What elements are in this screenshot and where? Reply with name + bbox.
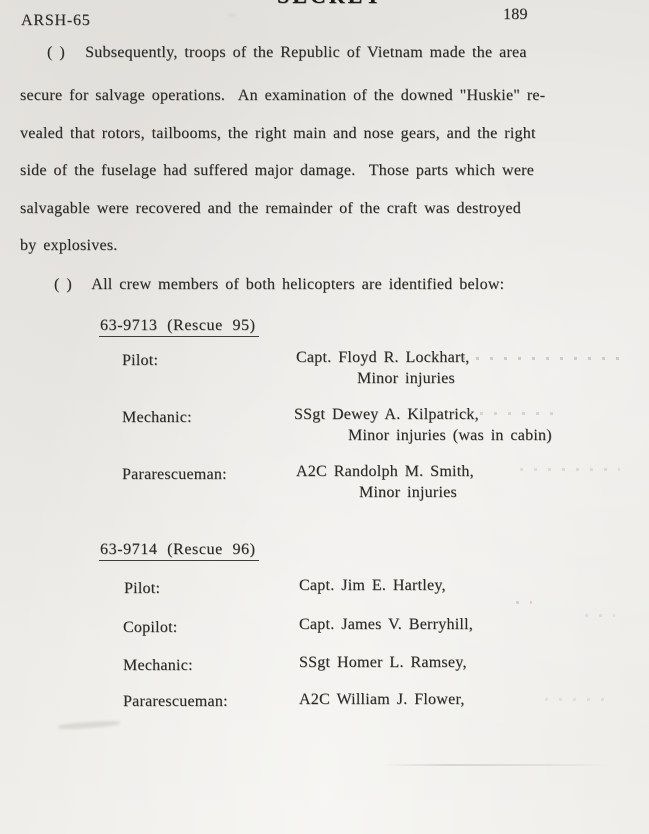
crew-name: Capt. Jim E. Hartley, bbox=[299, 577, 446, 594]
crew-note: Minor injuries (was in cabin) bbox=[348, 427, 552, 444]
body-line: ( ) All crew members of both helicopters… bbox=[54, 276, 504, 293]
pencil-smudge bbox=[58, 720, 120, 730]
erasure-mark bbox=[462, 357, 627, 360]
body-line: side of the fuselage had suffered major … bbox=[20, 162, 534, 179]
erasure-mark bbox=[520, 468, 620, 471]
erasure-mark bbox=[545, 698, 605, 701]
crew-note: Minor injuries bbox=[359, 484, 457, 501]
crew-name: A2C William J. Flower, bbox=[299, 691, 465, 708]
aircraft-heading: 63-9714 (Rescue 96) bbox=[99, 541, 259, 561]
crew-note: Minor injuries bbox=[357, 370, 455, 387]
crew-role: Copilot: bbox=[123, 619, 177, 636]
body-line: ( ) Subsequently, troops of the Republic… bbox=[47, 44, 527, 61]
aircraft-heading: 63-9713 (Rescue 95) bbox=[99, 317, 259, 337]
scan-speck bbox=[228, 14, 236, 17]
crew-role: Pilot: bbox=[122, 352, 158, 369]
crew-role: Pilot: bbox=[124, 580, 160, 597]
crew-name: Capt. Floyd R. Lockhart, bbox=[296, 349, 469, 366]
scanned-document-page: SECRET ARSH-65 189 ( ) Subsequently, tro… bbox=[0, 0, 649, 834]
body-line: vealed that rotors, tailbooms, the right… bbox=[20, 125, 536, 142]
erasure-mark bbox=[516, 601, 532, 604]
crew-name: SSgt Dewey A. Kilpatrick, bbox=[294, 406, 479, 423]
crew-role: Mechanic: bbox=[123, 657, 193, 674]
crew-name: SSgt Homer L. Ramsey, bbox=[299, 654, 467, 671]
page-number: 189 bbox=[503, 6, 528, 23]
body-line: salvagable were recovered and the remain… bbox=[20, 200, 521, 217]
crew-name: Capt. James V. Berryhill, bbox=[299, 616, 473, 633]
crew-role: Pararescueman: bbox=[123, 693, 228, 710]
classification-stamp-cutoff: SECRET bbox=[277, 0, 383, 9]
crew-role: Mechanic: bbox=[122, 409, 192, 426]
body-line: by explosives. bbox=[20, 237, 118, 254]
scan-streak bbox=[380, 764, 615, 766]
body-line: secure for salvage operations. An examin… bbox=[20, 87, 545, 104]
crew-name: A2C Randolph M. Smith, bbox=[296, 463, 474, 480]
erasure-mark bbox=[585, 614, 615, 617]
doc-reference: ARSH-65 bbox=[21, 12, 91, 29]
crew-role: Pararescueman: bbox=[122, 466, 227, 483]
erasure-mark bbox=[452, 412, 560, 415]
